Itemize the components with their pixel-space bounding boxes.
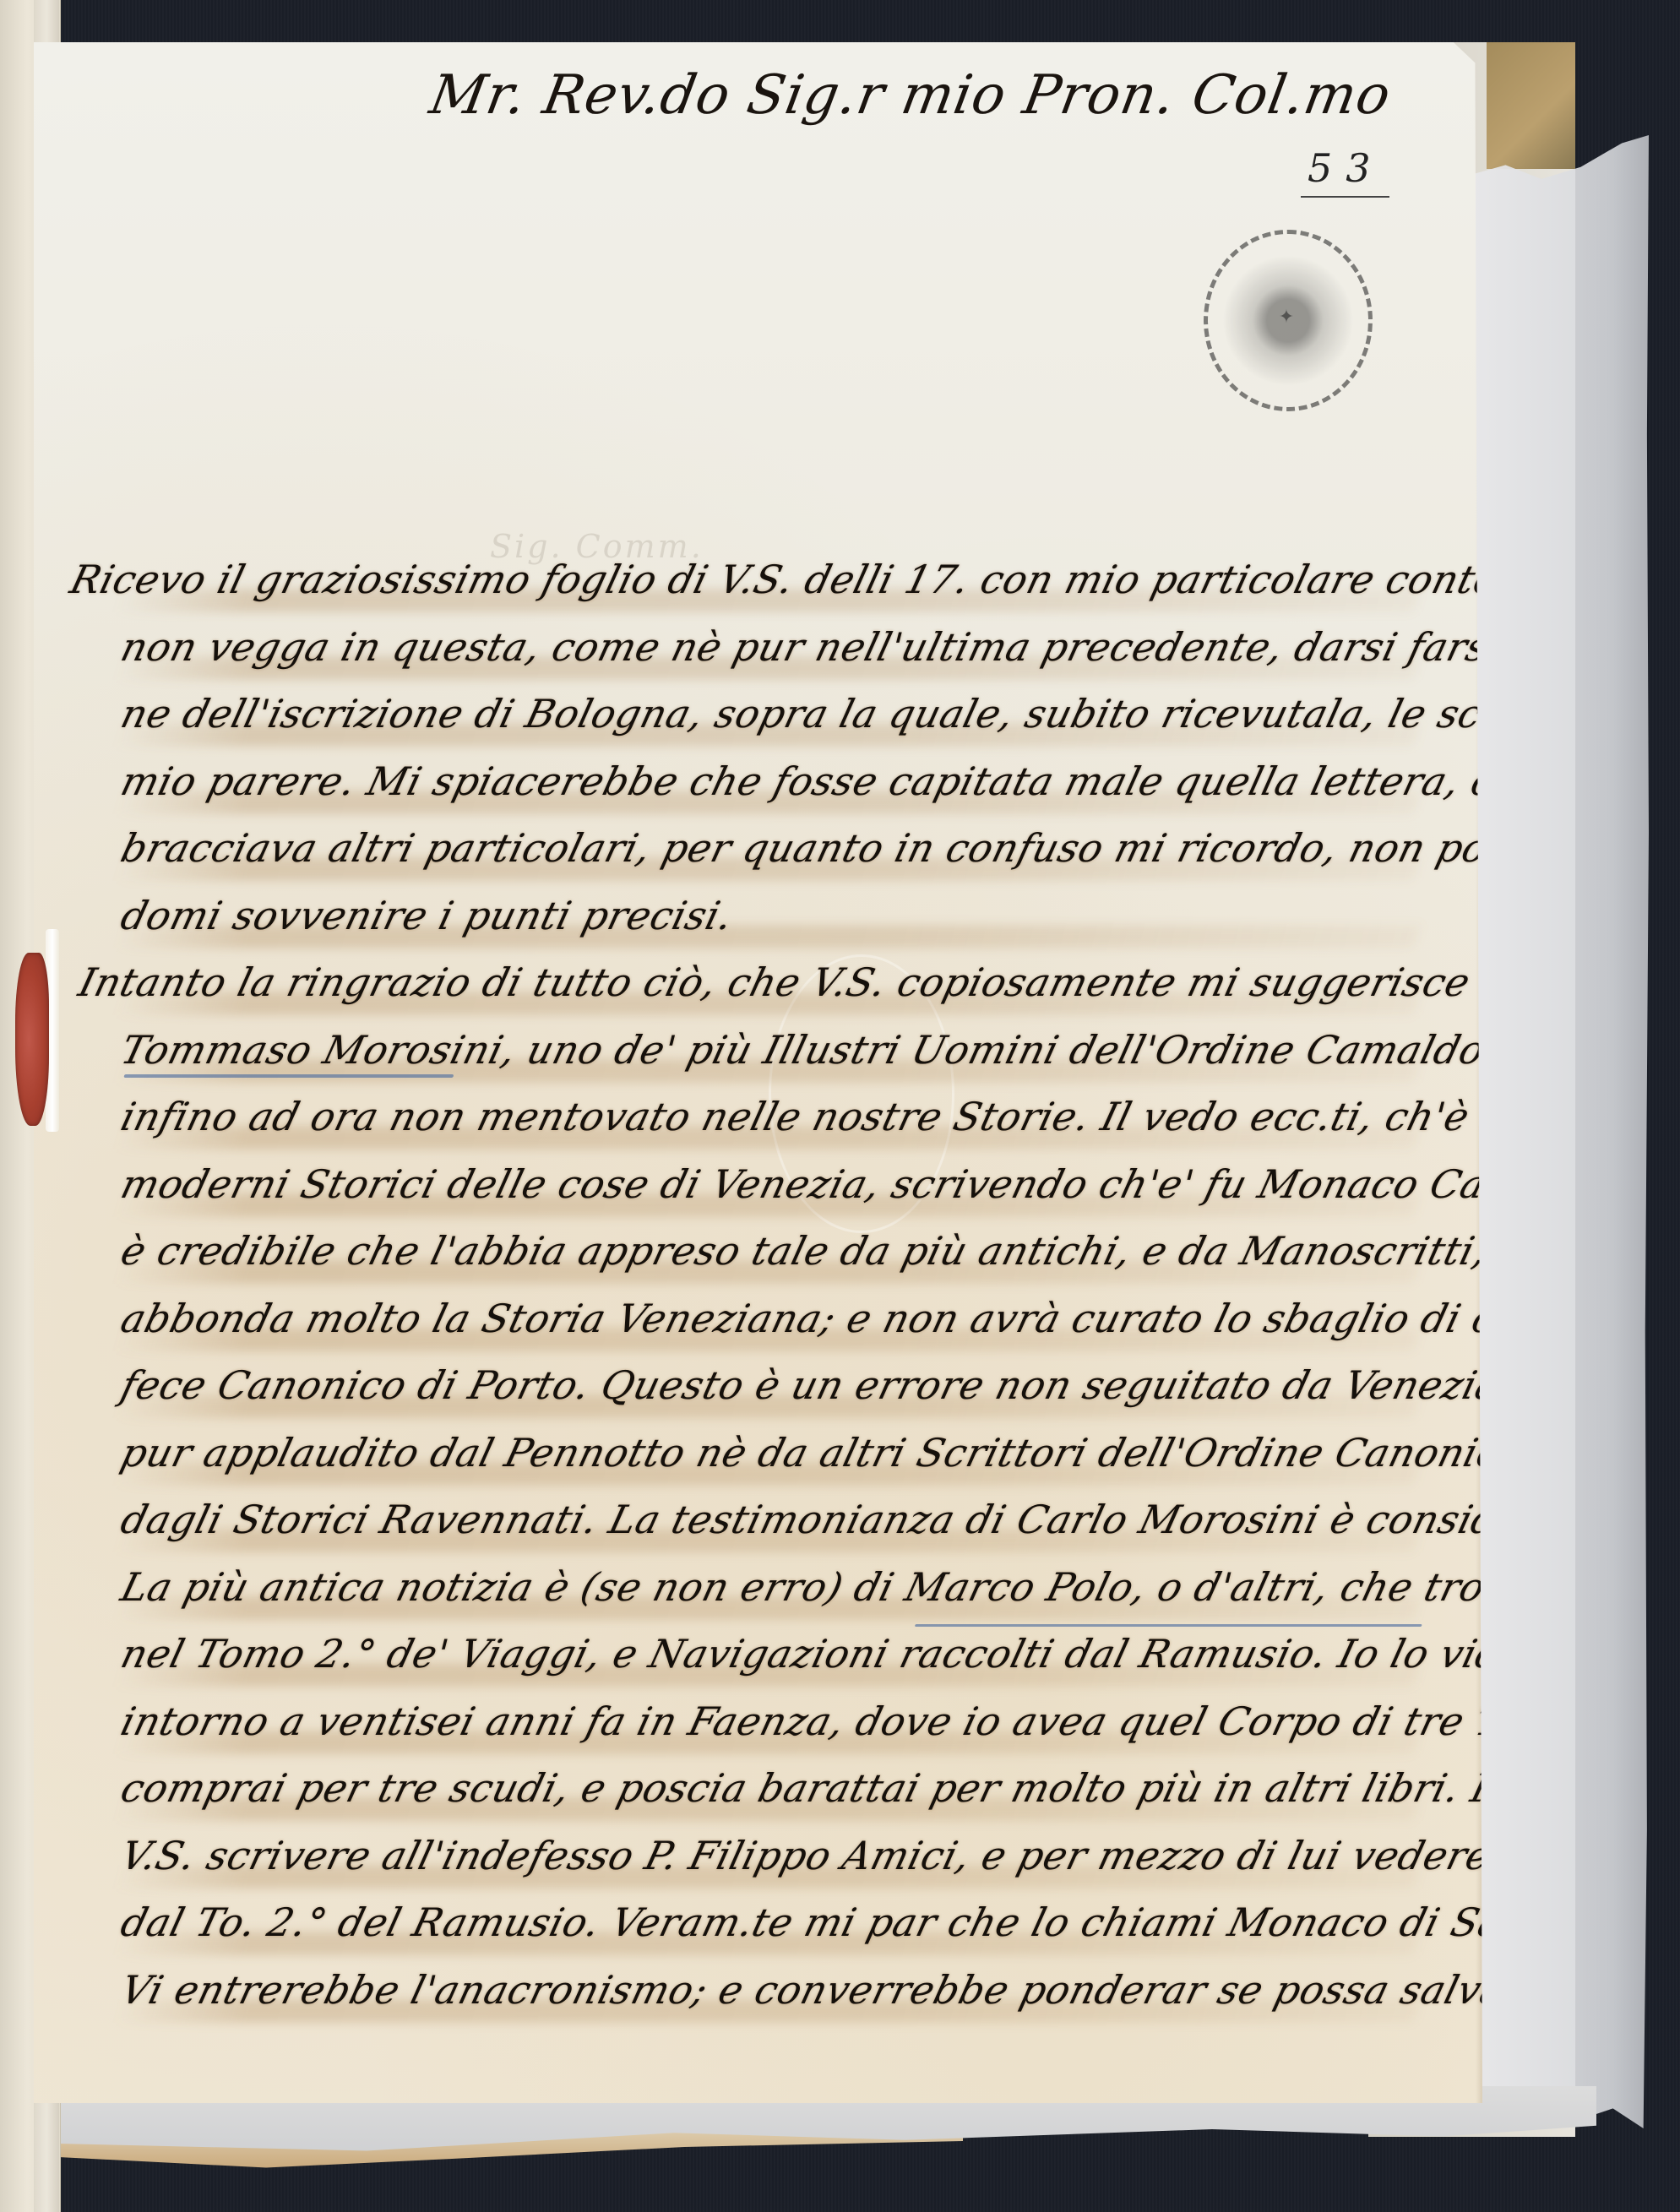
body-line: V.S. scrivere all'indefesso P. Filippo A… xyxy=(63,1821,1465,1889)
body-line: Vi entrerebbe l'anacronismo; e converreb… xyxy=(63,1955,1465,2023)
tissue-interleaf xyxy=(1470,135,1649,2128)
body-line: intorno a ventisei anni fa in Faenza, do… xyxy=(63,1687,1465,1754)
body-line: ne dell'iscrizione di Bologna, sopra la … xyxy=(63,679,1465,747)
body-line: dal To. 2.° del Ramusio. Veram.te mi par… xyxy=(63,1888,1465,1955)
body-line: è credibile che l'abbia appreso tale da … xyxy=(63,1216,1465,1284)
library-stamp-icon: ✦ xyxy=(1204,230,1373,411)
manuscript-page: Mr. Rev.do Sig.r mio Pron. Col.mo 53 ✦ S… xyxy=(34,42,1482,2103)
body-line: La più antica notizia è (se non erro) di… xyxy=(63,1552,1465,1620)
scan-background: Mr. Rev.do Sig.r mio Pron. Col.mo 53 ✦ S… xyxy=(0,0,1680,2212)
body-line: bracciava altri particolari, per quanto … xyxy=(63,813,1465,881)
letter-body: Ricevo il graziosissimo foglio di V.S. d… xyxy=(63,545,1449,2022)
salutation-heading: Mr. Rev.do Sig.r mio Pron. Col.mo xyxy=(425,64,1395,127)
salutation-text: Mr. Rev.do Sig.r mio Pron. Col.mo xyxy=(425,64,1395,127)
folio-number: 53 xyxy=(1301,145,1389,198)
body-line: abbonda molto la Storia Veneziana; e non… xyxy=(63,1284,1465,1351)
wax-seal-icon xyxy=(15,953,49,1126)
body-line: non vegga in questa, come nè pur nell'ul… xyxy=(63,612,1465,680)
body-line: Intanto la ringrazio di tutto ciò, che V… xyxy=(63,948,1465,1015)
body-line: Ricevo il graziosissimo foglio di V.S. d… xyxy=(63,545,1465,612)
body-line: mio parere. Mi spiacerebbe che fosse cap… xyxy=(63,747,1465,814)
pencil-underline xyxy=(123,1073,454,1077)
body-line: domi sovvenire i punti precisi. xyxy=(63,881,1465,948)
body-line: comprai per tre scudi, e poscia barattai… xyxy=(63,1753,1465,1821)
body-line: pur applaudito dal Pennotto nè da altri … xyxy=(63,1418,1465,1486)
body-line: Tommaso Morosini, uno de' più Illustri U… xyxy=(63,1015,1465,1083)
body-line: infino ad ora non mentovato nelle nostre… xyxy=(63,1082,1465,1149)
binding-corner xyxy=(1487,42,1575,169)
body-line: dagli Storici Ravennati. La testimonianz… xyxy=(63,1485,1465,1552)
stamp-label: ✦ xyxy=(1208,307,1368,328)
body-line: fece Canonico di Porto. Questo è un erro… xyxy=(63,1351,1465,1418)
body-line: nel Tomo 2.° de' Viaggi, e Navigazioni r… xyxy=(63,1619,1465,1687)
body-line: moderni Storici delle cose di Venezia, s… xyxy=(63,1149,1465,1217)
